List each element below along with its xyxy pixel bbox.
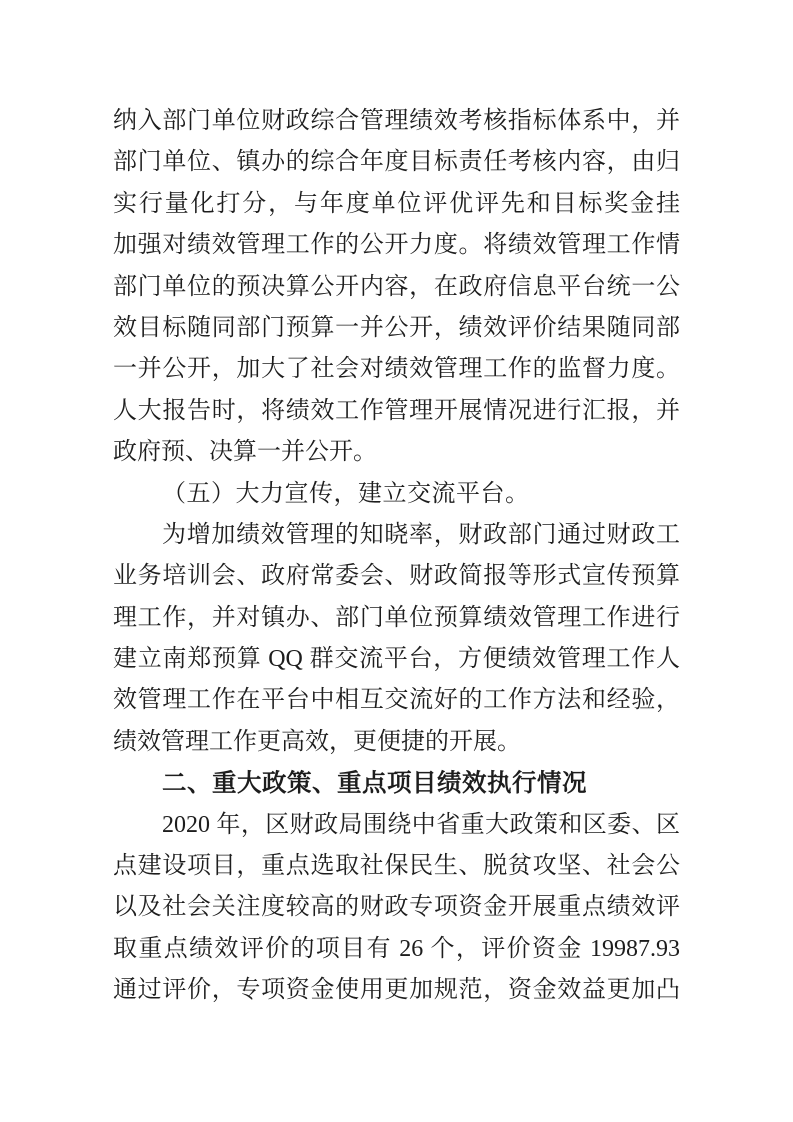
text-line: 建立南郑预算 QQ 群交流平台，方便绩效管理工作人员对绩 <box>113 639 680 680</box>
document-page: 纳入部门单位财政综合管理绩效考核指标体系中，并纳入对部门单位、镇办的综合年度目标… <box>0 0 793 1122</box>
text-line: （五）大力宣传，建立交流平台。 <box>113 474 680 515</box>
text-line: 人大报告时，将绩效工作管理开展情况进行汇报，并在全区 <box>113 391 680 432</box>
text-line: 取重点绩效评价的项目有 26 个，评价资金 19987.93 万元。 <box>113 929 680 970</box>
text-line: 绩效管理工作更高效，更便捷的开展。 <box>113 722 680 763</box>
text-line: 点建设项目，重点选取社保民生、脱贫攻坚、社会公益事业 <box>113 846 680 887</box>
text-line: 政府预、决算一并公开。 <box>113 432 680 473</box>
text-line: 效目标随同部门预算一并公开，绩效评价结果随同部门决算 <box>113 308 680 349</box>
text-line: 效管理工作在平台中相互交流好的工作方法和经验，促进了 <box>113 680 680 721</box>
text-line: 二、重大政策、重点项目绩效执行情况 <box>113 763 680 804</box>
text-line: 部门单位的预决算公开内容，在政府信息平台统一公开。绩 <box>113 267 680 308</box>
text-line: 部门单位、镇办的综合年度目标责任考核内容，由归口科室 <box>113 142 680 183</box>
document-content: 纳入部门单位财政综合管理绩效考核指标体系中，并纳入对部门单位、镇办的综合年度目标… <box>113 101 680 1012</box>
text-line: 加强对绩效管理工作的公开力度。将绩效管理工作情况列入 <box>113 225 680 266</box>
text-line: 实行量化打分，与年度单位评优评先和目标奖金挂钩。同时， <box>113 184 680 225</box>
text-line: 以及社会关注度较高的财政专项资金开展重点绩效评价。选 <box>113 887 680 928</box>
text-line: 纳入部门单位财政综合管理绩效考核指标体系中，并纳入对 <box>113 101 680 142</box>
text-line: 一并公开，加大了社会对绩效管理工作的监督力度。在报送 <box>113 349 680 390</box>
text-line: 2020 年，区财政局围绕中省重大政策和区委、区政府重 <box>113 805 680 846</box>
text-line: 为增加绩效管理的知晓率，财政部门通过财政工作会、 <box>113 515 680 556</box>
text-line: 业务培训会、政府常委会、财政简报等形式宣传预算绩效管 <box>113 556 680 597</box>
text-line: 通过评价，专项资金使用更加规范，资金效益更加凸显，尤 <box>113 970 680 1011</box>
text-line: 理工作，并对镇办、部门单位预算绩效管理工作进行培训。 <box>113 598 680 639</box>
